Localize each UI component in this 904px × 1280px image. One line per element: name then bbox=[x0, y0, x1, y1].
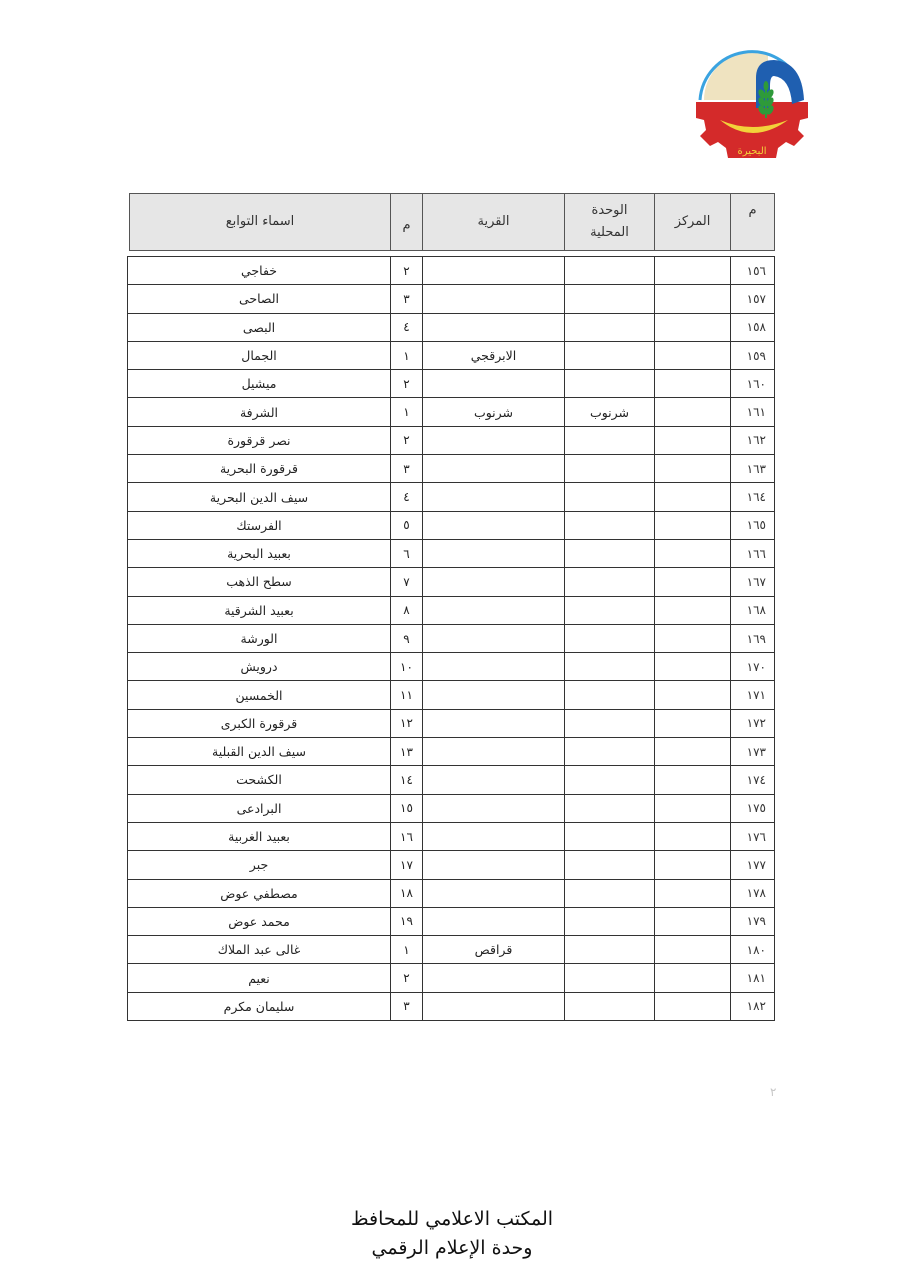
cell-local-unit bbox=[565, 822, 655, 850]
cell-hamlet-name: الجمال bbox=[128, 341, 391, 369]
cell-markaz bbox=[655, 285, 731, 313]
governorate-logo: البحيرة bbox=[690, 38, 814, 160]
page-number: ٢ bbox=[770, 1085, 776, 1099]
cell-seq: ١٧٩ bbox=[731, 907, 775, 935]
cell-hamlet-name: سطح الذهب bbox=[128, 568, 391, 596]
cell-local-unit bbox=[565, 738, 655, 766]
cell-markaz bbox=[655, 341, 731, 369]
cell-markaz bbox=[655, 653, 731, 681]
cell-local-unit bbox=[565, 936, 655, 964]
cell-markaz bbox=[655, 851, 731, 879]
cell-seq: ١٨٢ bbox=[731, 992, 775, 1020]
cell-markaz bbox=[655, 568, 731, 596]
cell-hamlet-name: البصى bbox=[128, 313, 391, 341]
cell-seq: ١٦٩ bbox=[731, 624, 775, 652]
cell-markaz bbox=[655, 313, 731, 341]
table-row: ١٧٦١٦بعبيد الغربية bbox=[128, 822, 775, 850]
cell-village bbox=[423, 766, 565, 794]
table-row: ١٦٩٩الورشة bbox=[128, 624, 775, 652]
cell-village bbox=[423, 568, 565, 596]
cell-sub-seq: ١٦ bbox=[391, 822, 423, 850]
cell-markaz bbox=[655, 794, 731, 822]
table-row: ١٧١١١الخمسين bbox=[128, 681, 775, 709]
cell-sub-seq: ١٢ bbox=[391, 709, 423, 737]
cell-village bbox=[423, 851, 565, 879]
cell-local-unit bbox=[565, 426, 655, 454]
table-row: ١٧٠١٠درويش bbox=[128, 653, 775, 681]
header-seq: م bbox=[731, 194, 775, 251]
svg-text:البحيرة: البحيرة bbox=[737, 146, 766, 157]
cell-sub-seq: ١٥ bbox=[391, 794, 423, 822]
cell-markaz bbox=[655, 907, 731, 935]
header-hamlet-names: اسماء التوابع bbox=[130, 194, 391, 251]
table-row: ١٦٣٣قرقورة البحرية bbox=[128, 455, 775, 483]
cell-seq: ١٧١ bbox=[731, 681, 775, 709]
cell-sub-seq: ١٤ bbox=[391, 766, 423, 794]
cell-markaz bbox=[655, 964, 731, 992]
cell-seq: ١٧٦ bbox=[731, 822, 775, 850]
cell-hamlet-name: بعبيد البحرية bbox=[128, 539, 391, 567]
cell-village: قراقص bbox=[423, 936, 565, 964]
cell-village bbox=[423, 426, 565, 454]
cell-seq: ١٥٨ bbox=[731, 313, 775, 341]
cell-markaz bbox=[655, 539, 731, 567]
cell-village bbox=[423, 681, 565, 709]
cell-village bbox=[423, 794, 565, 822]
cell-seq: ١٨٠ bbox=[731, 936, 775, 964]
cell-hamlet-name: بعبيد الشرقية bbox=[128, 596, 391, 624]
cell-sub-seq: ١ bbox=[391, 341, 423, 369]
cell-sub-seq: ٣ bbox=[391, 992, 423, 1020]
cell-village bbox=[423, 653, 565, 681]
cell-seq: ١٧٢ bbox=[731, 709, 775, 737]
cell-seq: ١٧٨ bbox=[731, 879, 775, 907]
cell-seq: ١٦٠ bbox=[731, 370, 775, 398]
cell-local-unit bbox=[565, 285, 655, 313]
cell-sub-seq: ٣ bbox=[391, 285, 423, 313]
cell-village bbox=[423, 511, 565, 539]
cell-seq: ١٦٢ bbox=[731, 426, 775, 454]
cell-markaz bbox=[655, 483, 731, 511]
cell-local-unit bbox=[565, 851, 655, 879]
cell-sub-seq: ٤ bbox=[391, 313, 423, 341]
table-row: ١٧٧١٧جبر bbox=[128, 851, 775, 879]
cell-hamlet-name: بعبيد الغربية bbox=[128, 822, 391, 850]
cell-hamlet-name: الفرستك bbox=[128, 511, 391, 539]
header-sub-seq: م bbox=[391, 194, 423, 251]
cell-local-unit bbox=[565, 964, 655, 992]
cell-markaz bbox=[655, 992, 731, 1020]
table-row: ١٦٥٥الفرستك bbox=[128, 511, 775, 539]
table-header: م المركز الوحدة المحلية القرية م اسماء ا… bbox=[129, 193, 775, 251]
cell-markaz bbox=[655, 681, 731, 709]
cell-village bbox=[423, 738, 565, 766]
cell-seq: ١٥٦ bbox=[731, 257, 775, 285]
cell-village: الابرقجي bbox=[423, 341, 565, 369]
cell-hamlet-name: قرقورة البحرية bbox=[128, 455, 391, 483]
table-row: ١٦٤٤سيف الدين البحرية bbox=[128, 483, 775, 511]
table-row: ١٦٨٨بعبيد الشرقية bbox=[128, 596, 775, 624]
header-local-unit-line2: المحلية bbox=[565, 222, 654, 244]
cell-village bbox=[423, 370, 565, 398]
cell-seq: ١٧٣ bbox=[731, 738, 775, 766]
cell-local-unit bbox=[565, 794, 655, 822]
cell-seq: ١٦٣ bbox=[731, 455, 775, 483]
cell-hamlet-name: درويش bbox=[128, 653, 391, 681]
cell-village bbox=[423, 879, 565, 907]
cell-seq: ١٦٨ bbox=[731, 596, 775, 624]
cell-sub-seq: ١٠ bbox=[391, 653, 423, 681]
cell-markaz bbox=[655, 936, 731, 964]
cell-sub-seq: ٨ bbox=[391, 596, 423, 624]
header-local-unit: الوحدة المحلية bbox=[565, 194, 655, 251]
cell-hamlet-name: قرقورة الكبرى bbox=[128, 709, 391, 737]
cell-hamlet-name: الشرفة bbox=[128, 398, 391, 426]
cell-seq: ١٧٠ bbox=[731, 653, 775, 681]
cell-seq: ١٦٥ bbox=[731, 511, 775, 539]
cell-markaz bbox=[655, 257, 731, 285]
cell-village bbox=[423, 455, 565, 483]
cell-sub-seq: ٧ bbox=[391, 568, 423, 596]
table-row: ١٦١شرنوبشرنوب١الشرفة bbox=[128, 398, 775, 426]
cell-local-unit bbox=[565, 681, 655, 709]
cell-local-unit bbox=[565, 624, 655, 652]
cell-village bbox=[423, 483, 565, 511]
cell-hamlet-name: نعيم bbox=[128, 964, 391, 992]
cell-markaz bbox=[655, 709, 731, 737]
table-row: ١٥٧٣الصاحى bbox=[128, 285, 775, 313]
cell-hamlet-name: غالى عبد الملاك bbox=[128, 936, 391, 964]
cell-seq: ١٧٧ bbox=[731, 851, 775, 879]
cell-village bbox=[423, 539, 565, 567]
table-row: ١٧٤١٤الكشحت bbox=[128, 766, 775, 794]
beheira-emblem-icon: البحيرة bbox=[690, 38, 814, 160]
cell-local-unit bbox=[565, 455, 655, 483]
cell-sub-seq: ١٩ bbox=[391, 907, 423, 935]
cell-sub-seq: ١٨ bbox=[391, 879, 423, 907]
cell-local-unit bbox=[565, 992, 655, 1020]
cell-markaz bbox=[655, 766, 731, 794]
cell-sub-seq: ٣ bbox=[391, 455, 423, 483]
cell-markaz bbox=[655, 738, 731, 766]
cell-local-unit bbox=[565, 766, 655, 794]
cell-markaz bbox=[655, 879, 731, 907]
table-row: ١٨٢٣سليمان مكرم bbox=[128, 992, 775, 1020]
table-row: ١٧٩١٩محمد عوض bbox=[128, 907, 775, 935]
cell-village bbox=[423, 822, 565, 850]
cell-local-unit bbox=[565, 568, 655, 596]
cell-sub-seq: ١٧ bbox=[391, 851, 423, 879]
header-markaz: المركز bbox=[655, 194, 731, 251]
cell-local-unit bbox=[565, 341, 655, 369]
cell-local-unit: شرنوب bbox=[565, 398, 655, 426]
cell-markaz bbox=[655, 511, 731, 539]
cell-sub-seq: ١١ bbox=[391, 681, 423, 709]
cell-hamlet-name: سيف الدين القبلية bbox=[128, 738, 391, 766]
cell-markaz bbox=[655, 398, 731, 426]
header-village: القرية bbox=[423, 194, 565, 251]
table-row: ١٦٦٦بعبيد البحرية bbox=[128, 539, 775, 567]
cell-sub-seq: ٤ bbox=[391, 483, 423, 511]
cell-seq: ١٧٤ bbox=[731, 766, 775, 794]
cell-hamlet-name: البرادعى bbox=[128, 794, 391, 822]
cell-local-unit bbox=[565, 511, 655, 539]
cell-sub-seq: ٢ bbox=[391, 370, 423, 398]
cell-village bbox=[423, 285, 565, 313]
cell-village bbox=[423, 313, 565, 341]
cell-hamlet-name: الورشة bbox=[128, 624, 391, 652]
cell-sub-seq: ٢ bbox=[391, 426, 423, 454]
cell-seq: ١٥٧ bbox=[731, 285, 775, 313]
cell-local-unit bbox=[565, 879, 655, 907]
cell-seq: ١٨١ bbox=[731, 964, 775, 992]
table-row: ١٦٠٢ميشيل bbox=[128, 370, 775, 398]
cell-hamlet-name: مصطفي عوض bbox=[128, 879, 391, 907]
cell-sub-seq: ٩ bbox=[391, 624, 423, 652]
cell-local-unit bbox=[565, 257, 655, 285]
cell-local-unit bbox=[565, 483, 655, 511]
table-row: ١٧٨١٨مصطفي عوض bbox=[128, 879, 775, 907]
cell-markaz bbox=[655, 822, 731, 850]
cell-hamlet-name: خفاجي bbox=[128, 257, 391, 285]
cell-local-unit bbox=[565, 709, 655, 737]
cell-markaz bbox=[655, 624, 731, 652]
cell-seq: ١٦١ bbox=[731, 398, 775, 426]
cell-markaz bbox=[655, 426, 731, 454]
table-row: ١٥٦٢خفاجي bbox=[128, 257, 775, 285]
footer-office-name: المكتب الاعلامي للمحافظ bbox=[0, 1208, 904, 1230]
cell-hamlet-name: سليمان مكرم bbox=[128, 992, 391, 1020]
cell-local-unit bbox=[565, 653, 655, 681]
hamlets-table: ١٥٦٢خفاجي١٥٧٣الصاحى١٥٨٤البصى١٥٩الابرقجي١… bbox=[127, 256, 775, 1021]
cell-hamlet-name: ميشيل bbox=[128, 370, 391, 398]
cell-village bbox=[423, 596, 565, 624]
cell-village bbox=[423, 257, 565, 285]
cell-sub-seq: ٥ bbox=[391, 511, 423, 539]
cell-hamlet-name: الصاحى bbox=[128, 285, 391, 313]
cell-hamlet-name: محمد عوض bbox=[128, 907, 391, 935]
table-row: ١٧٢١٢قرقورة الكبرى bbox=[128, 709, 775, 737]
table-row: ١٨١٢نعيم bbox=[128, 964, 775, 992]
cell-seq: ١٥٩ bbox=[731, 341, 775, 369]
cell-village bbox=[423, 907, 565, 935]
header-local-unit-line1: الوحدة bbox=[565, 200, 654, 222]
cell-seq: ١٦٤ bbox=[731, 483, 775, 511]
cell-village bbox=[423, 964, 565, 992]
cell-local-unit bbox=[565, 370, 655, 398]
table-row: ١٥٨٤البصى bbox=[128, 313, 775, 341]
cell-markaz bbox=[655, 370, 731, 398]
cell-local-unit bbox=[565, 596, 655, 624]
table-row: ١٧٥١٥البرادعى bbox=[128, 794, 775, 822]
cell-local-unit bbox=[565, 313, 655, 341]
cell-seq: ١٦٧ bbox=[731, 568, 775, 596]
table-row: ١٦٧٧سطح الذهب bbox=[128, 568, 775, 596]
cell-seq: ١٧٥ bbox=[731, 794, 775, 822]
footer-unit-name: وحدة الإعلام الرقمي bbox=[0, 1237, 904, 1259]
cell-sub-seq: ٢ bbox=[391, 257, 423, 285]
cell-village: شرنوب bbox=[423, 398, 565, 426]
cell-markaz bbox=[655, 596, 731, 624]
cell-local-unit bbox=[565, 907, 655, 935]
table-row: ١٥٩الابرقجي١الجمال bbox=[128, 341, 775, 369]
cell-village bbox=[423, 624, 565, 652]
cell-sub-seq: ١ bbox=[391, 936, 423, 964]
cell-hamlet-name: الخمسين bbox=[128, 681, 391, 709]
cell-hamlet-name: الكشحت bbox=[128, 766, 391, 794]
cell-local-unit bbox=[565, 539, 655, 567]
cell-sub-seq: ١٣ bbox=[391, 738, 423, 766]
cell-markaz bbox=[655, 455, 731, 483]
table-row: ١٨٠قراقص١غالى عبد الملاك bbox=[128, 936, 775, 964]
cell-village bbox=[423, 992, 565, 1020]
table-row: ١٧٣١٣سيف الدين القبلية bbox=[128, 738, 775, 766]
cell-hamlet-name: سيف الدين البحرية bbox=[128, 483, 391, 511]
cell-sub-seq: ٢ bbox=[391, 964, 423, 992]
cell-hamlet-name: نصر قرقورة bbox=[128, 426, 391, 454]
cell-hamlet-name: جبر bbox=[128, 851, 391, 879]
cell-village bbox=[423, 709, 565, 737]
cell-sub-seq: ٦ bbox=[391, 539, 423, 567]
cell-sub-seq: ١ bbox=[391, 398, 423, 426]
cell-seq: ١٦٦ bbox=[731, 539, 775, 567]
table-row: ١٦٢٢نصر قرقورة bbox=[128, 426, 775, 454]
